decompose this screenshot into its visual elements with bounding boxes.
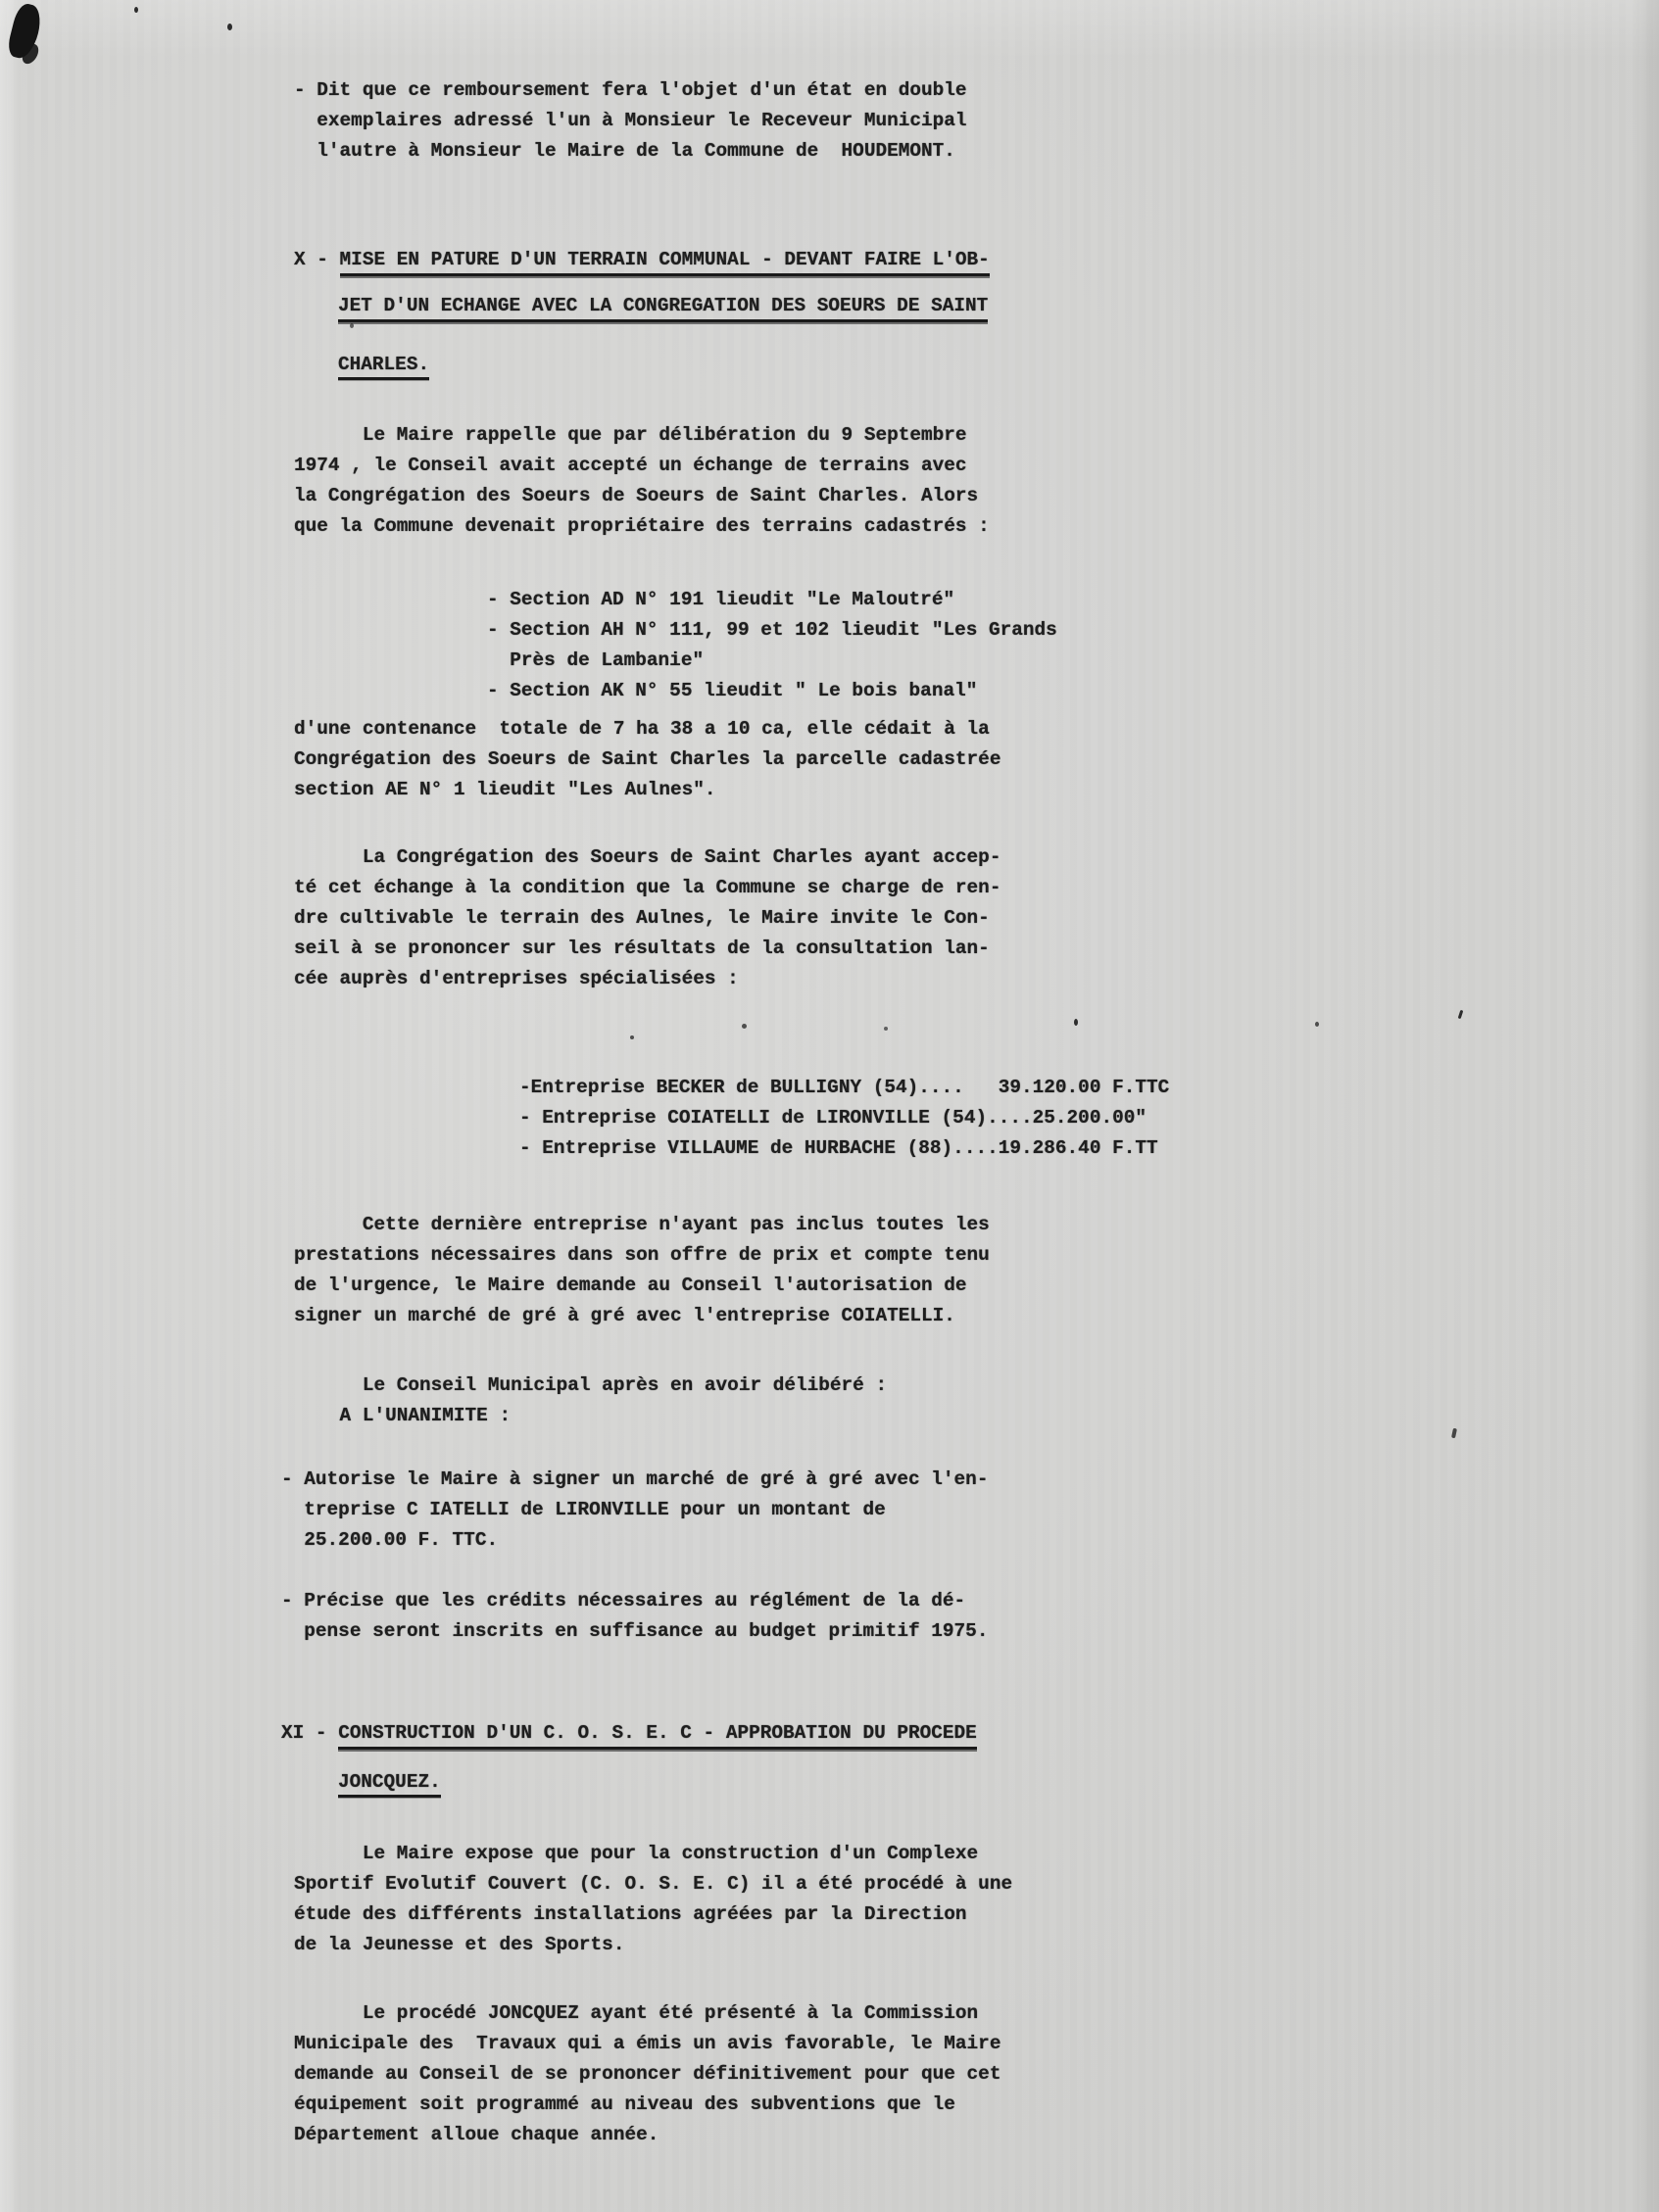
paragraph-contenance: d'une contenance totale de 7 ha 38 a 10 … xyxy=(294,714,1000,805)
paragraph-maire-expose: Le Maire expose que pour la construction… xyxy=(294,1839,1012,1960)
section-x-title-part1: MISE EN PATURE D'UN TERRAIN COMMUNAL - D… xyxy=(340,249,990,276)
section-xi-title-part2: JONCQUEZ. xyxy=(338,1771,441,1798)
ink-speck xyxy=(1451,1428,1457,1439)
paragraph-procede-joncquez: Le procédé JONCQUEZ ayant été présenté à… xyxy=(294,1998,1000,2150)
paragraph-congregation: La Congrégation des Soeurs de Saint Char… xyxy=(294,842,1000,994)
paragraph-deliberation-unanimite: Le Conseil Municipal après en avoir déli… xyxy=(294,1370,887,1431)
ink-speck xyxy=(1458,1010,1464,1019)
ink-speck xyxy=(884,1027,888,1031)
paragraph-cette-derniere: Cette dernière entreprise n'ayant pas in… xyxy=(294,1210,990,1331)
section-x-heading-line1: X - MISE EN PATURE D'UN TERRAIN COMMUNAL… xyxy=(294,245,990,275)
list-entreprises-devis: -Entreprise BECKER de BULLIGNY (54).... … xyxy=(519,1073,1169,1164)
ink-speck xyxy=(134,7,138,13)
section-xi-heading-line2: JONCQUEZ. xyxy=(338,1767,441,1798)
scanned-document-page: - Dit que ce remboursement fera l'objet … xyxy=(0,0,1659,2212)
ink-speck xyxy=(1315,1022,1319,1027)
section-xi-number: XI - xyxy=(281,1722,338,1744)
section-xi-heading-line1: XI - CONSTRUCTION D'UN C. O. S. E. C - A… xyxy=(281,1718,977,1749)
section-xi-title-part1: CONSTRUCTION D'UN C. O. S. E. C - APPROB… xyxy=(338,1722,977,1750)
ink-speck xyxy=(1074,1019,1078,1026)
paragraph-maire-rappelle: Le Maire rappelle que par délibération d… xyxy=(294,420,990,542)
bullet-remboursement: - Dit que ce remboursement fera l'objet … xyxy=(294,75,967,167)
section-x-heading-line2: JET D'UN ECHANGE AVEC LA CONGREGATION DE… xyxy=(338,291,988,321)
ink-speck xyxy=(742,1024,747,1029)
ink-speck xyxy=(630,1035,634,1039)
section-x-title-part3: CHARLES. xyxy=(338,354,429,380)
ink-speck xyxy=(227,24,232,30)
bullet-autorise: - Autorise le Maire à signer un marché d… xyxy=(281,1465,988,1556)
bullet-precise: - Précise que les crédits nécessaires au… xyxy=(281,1586,988,1647)
list-sections-cadastrales: - Section AD N° 191 lieudit "Le Maloutré… xyxy=(487,585,1057,706)
section-x-number: X - xyxy=(294,249,340,270)
section-x-heading-line3: CHARLES. xyxy=(338,350,429,380)
section-x-title-part2: JET D'UN ECHANGE AVEC LA CONGREGATION DE… xyxy=(338,295,988,322)
ink-speck xyxy=(350,323,354,328)
